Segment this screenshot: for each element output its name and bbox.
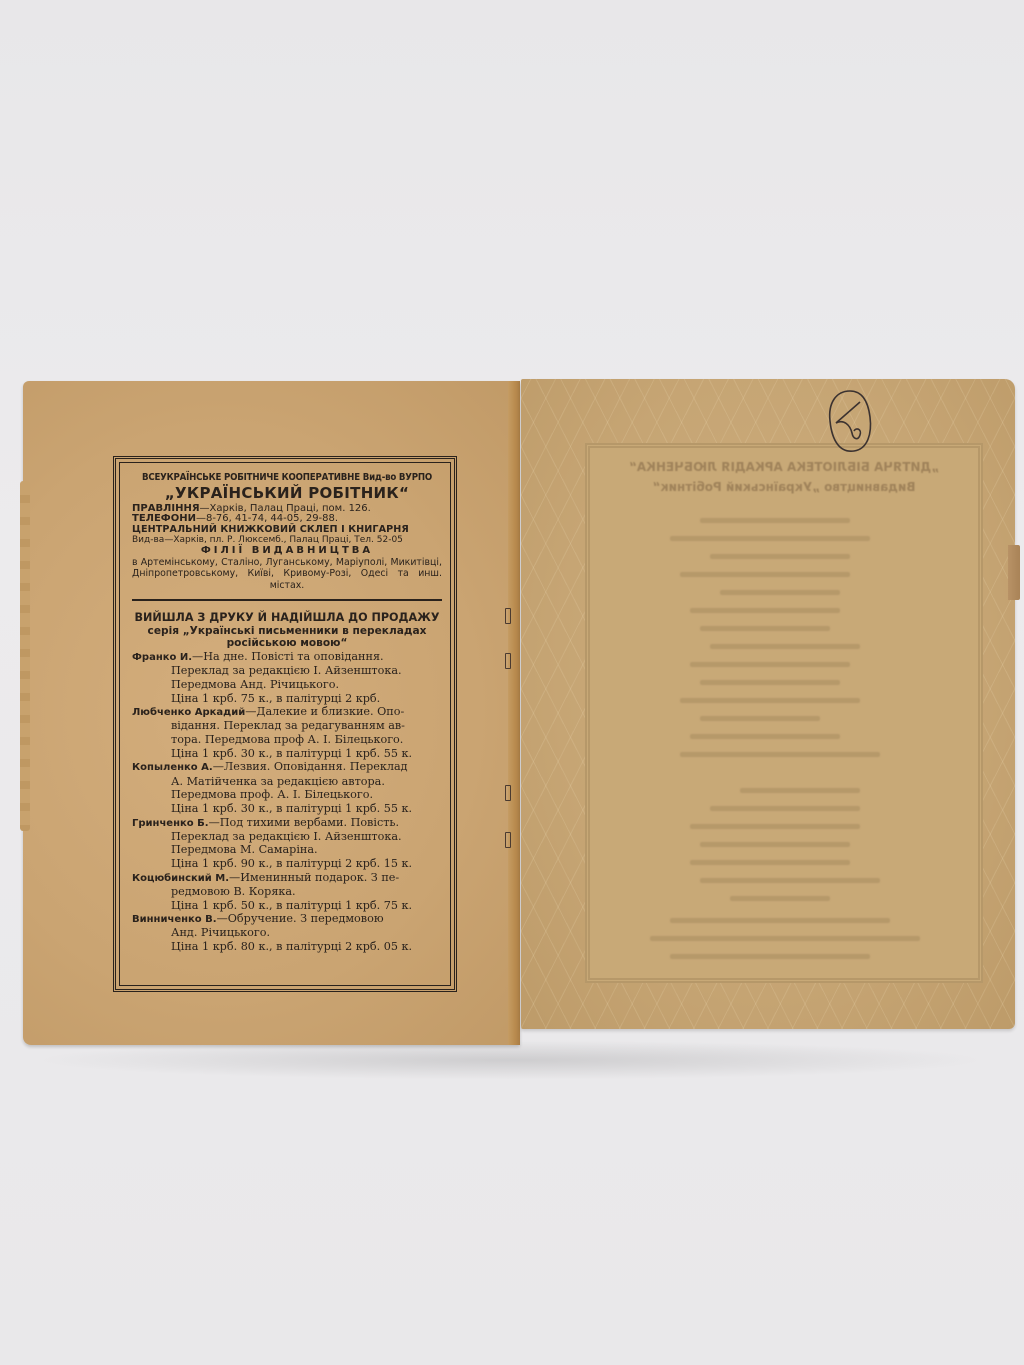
book-list: Франко И.—На дне. Повісті та оповідання.… (132, 650, 442, 954)
book-entry: Винниченко В.—Обручение. З передмовою Ан… (132, 912, 442, 954)
book-price: Ціна 1 крб. 75 к., в палітурці 2 крб. (132, 692, 442, 706)
book-price: Ціна 1 крб. 30 к., в палітурці 1 крб. 55… (132, 802, 442, 816)
book-title: —Именинный подарок. З пе- (229, 871, 399, 884)
announcement-title: ВИЙШЛА З ДРУКУ Й НАДІЙШЛА ДО ПРОДАЖУ (132, 612, 442, 625)
book-detail: тора. Передмова проф А. І. Білецького. (132, 733, 442, 747)
book-detail: відання. Переклад за редагуванням ав- (132, 719, 442, 733)
book-detail: Передмова М. Самаріна. (132, 843, 442, 857)
right-page-tab (1008, 545, 1020, 600)
book-author: Любченко Аркадий (132, 707, 245, 718)
announcement: ВИЙШЛА З ДРУКУ Й НАДІЙШЛА ДО ПРОДАЖУ сер… (132, 612, 442, 649)
staple (505, 832, 511, 848)
book-title: —Лезвия. Оповідання. Переклад (213, 760, 408, 773)
book-detail: Передмова проф. А. І. Білецького. (132, 788, 442, 802)
bleed-through-frame: „ДИТЯЧА БІБЛІОТЕКА АРКАДІЯ ЛЮБЧЕНКА“ Вид… (585, 443, 983, 983)
series-line-2: російською мовою“ (132, 637, 442, 649)
publisher-cooperative-line: ВСЕУКРАЇНСЬКЕ РОБІТНИЧЕ КООПЕРАТИВНЕ Вид… (132, 473, 442, 483)
book-price: Ціна 1 крб. 90 к., в палітурці 2 крб. 15… (132, 857, 442, 871)
publisher-name: „УКРАЇНСЬКИЙ РОБІТНИК“ (132, 485, 442, 501)
book-price: Ціна 1 крб. 50 к., в палітурці 1 крб. 75… (132, 899, 442, 913)
warehouse-address: Вид-ва—Харків, пл. Р. Люксемб., Палац Пр… (132, 536, 442, 546)
publisher-advertisement: ВСЕУКРАЇНСЬКЕ РОБІТНИЧЕ КООПЕРАТИВНЕ Вид… (113, 456, 457, 992)
bleed-through-title: „ДИТЯЧА БІБЛІОТЕКА АРКАДІЯ ЛЮБЧЕНКА“ (590, 460, 978, 474)
series-line-1: серія „Українські письменники в переклад… (132, 625, 442, 637)
book-entry: Франко И.—На дне. Повісті та оповідання.… (132, 650, 442, 705)
handwritten-circled-number (826, 389, 874, 455)
book-price: Ціна 1 крб. 30 к., в палітурці 1 крб. 55… (132, 747, 442, 761)
staple (505, 608, 511, 624)
book-entry: Копыленко А.—Лезвия. Оповідання. Перекла… (132, 760, 442, 815)
book-author: Копыленко А. (132, 762, 213, 773)
book-detail: Анд. Річицького. (132, 926, 442, 940)
book-author: Винниченко В. (132, 914, 217, 925)
book-author: Коцюбинский М. (132, 873, 229, 884)
book-detail: Передмова Анд. Річицького. (132, 678, 442, 692)
book-detail: Переклад за редакцією І. Айзенштока. (132, 830, 442, 844)
book-entry: Любченко Аркадий—Далекие и близкие. Опо-… (132, 705, 442, 760)
book-entry: Гринченко Б.—Под тихими вербами. Повість… (132, 816, 442, 871)
staple (505, 785, 511, 801)
book-title: —На дне. Повісті та оповідання. (192, 650, 384, 663)
book-author: Гринченко Б. (132, 818, 209, 829)
bleed-through-subtitle: Видавництво „Український Робітник“ (590, 480, 978, 494)
divider-rule (132, 599, 442, 601)
book-price: Ціна 1 крб. 80 к., в палітурці 2 крб. 05… (132, 940, 442, 954)
spine-edge (508, 381, 520, 1045)
branches-list: в Артемінському, Сталіно, Луганському, М… (132, 557, 442, 591)
book-author: Франко И. (132, 652, 192, 663)
table-shadow (30, 1040, 990, 1080)
torn-left-edge (20, 481, 30, 831)
book-entry: Коцюбинский М.—Именинный подарок. З пе- … (132, 871, 442, 913)
book-title: —Обручение. З передмовою (217, 912, 384, 925)
book-detail: Переклад за редакцією І. Айзенштока. (132, 664, 442, 678)
book-title: —Далекие и близкие. Опо- (245, 705, 404, 718)
warehouse-title: ЦЕНТРАЛЬНИЙ КНИЖКОВИЙ СКЛЕП І КНИГАРНЯ (132, 525, 442, 535)
book-detail: редмовою В. Коряка. (132, 885, 442, 899)
publisher-header: ВСЕУКРАЇНСЬКЕ РОБІТНИЧЕ КООПЕРАТИВНЕ Вид… (132, 473, 442, 591)
right-page: „ДИТЯЧА БІБЛІОТЕКА АРКАДІЯ ЛЮБЧЕНКА“ Вид… (521, 379, 1015, 1029)
staple (505, 653, 511, 669)
book-detail: А. Матійченка за редакцією автора. (132, 775, 442, 789)
branches-title: ФІЛІЇ ВИДАВНИЦТВА (132, 546, 442, 557)
book-title: —Под тихими вербами. Повість. (209, 816, 399, 829)
